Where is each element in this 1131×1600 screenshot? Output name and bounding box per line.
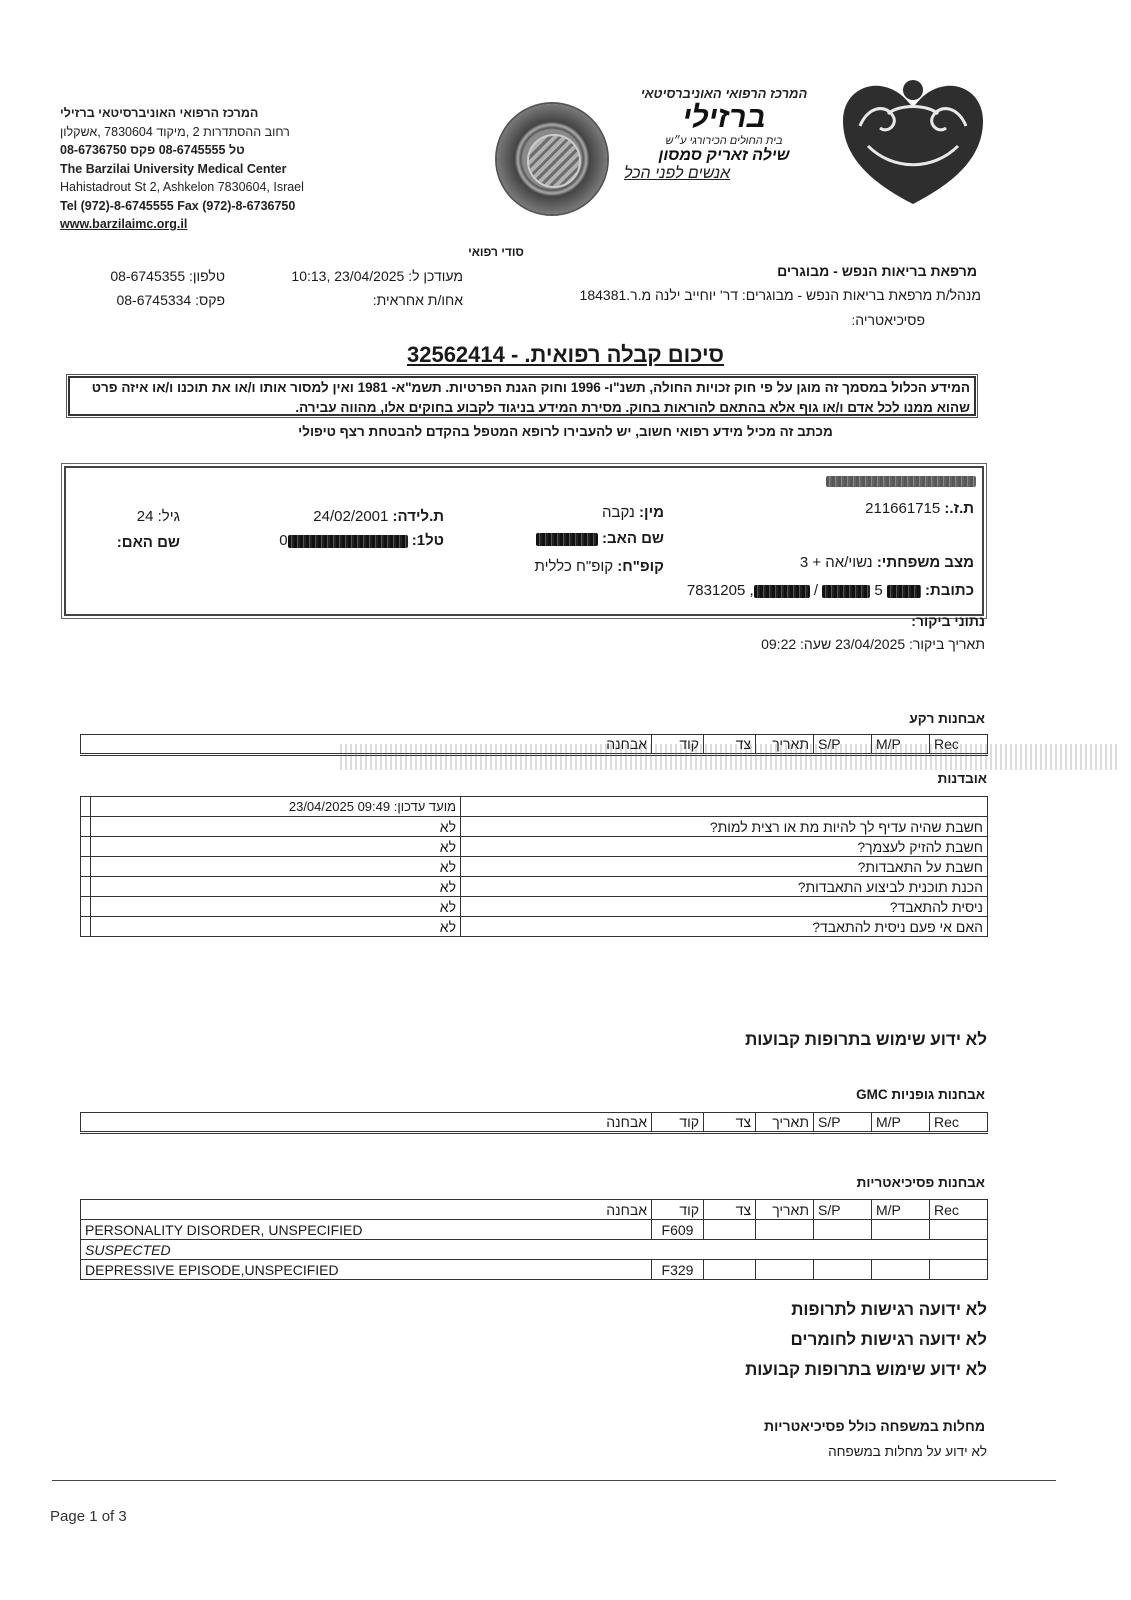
responsible-nurse-label: אחו/ת אחראית: [373, 292, 463, 308]
clinic-manager: מנהל/ת מרפאת בריאות הנפש - מבוגרים: דר' … [580, 287, 981, 303]
brand-line-1: המרכז הרפואי האוניברסיטאי [618, 86, 830, 101]
empty-cell [756, 1220, 814, 1240]
fax-value: 08-6745334 [116, 292, 191, 308]
patient-age: גיל: 24 [137, 508, 180, 525]
empty-cell [930, 1260, 988, 1280]
psych-diagnoses-table: אבחנהקודצדתאריךS/PM/PRec PERSONALITY DIS… [80, 1199, 988, 1280]
empty-cell [756, 1260, 814, 1280]
heart-people-logo-icon [838, 76, 988, 206]
table-row: לאהכנת תוכנית לביצוע התאבדות? [81, 877, 988, 897]
psych-diagnoses-title: אבחנות פסיכיאטריות [857, 1175, 985, 1190]
diagnosis-code: F329 [652, 1260, 704, 1280]
footer-divider [52, 1480, 1056, 1481]
empty-cell [81, 837, 91, 857]
background-diagnoses-title: אבחנות רקע [909, 711, 985, 726]
hospital-name-he: המרכז הרפואי האוניברסיטאי ברזילי [60, 104, 304, 123]
hospital-name-en: The Barzilai University Medical Center [60, 160, 304, 179]
table-header-row: אבחנהקודצדתאריךS/PM/PRec [81, 1200, 988, 1220]
family-history-title: מחלות במשפחה כולל פסיכיאטריות [764, 1418, 985, 1434]
redacted-text [536, 533, 598, 546]
family-history-value: לא ידוע על מחלות במשפחה [828, 1444, 987, 1459]
table-row: לאהאם אי פעם ניסית להתאבד? [81, 917, 988, 937]
department-name: מרפאת בריאות הנפש - מבוגרים [777, 263, 977, 279]
hospital-phone-he: טל 08-6745555 פקס 08-6736750 [60, 141, 304, 160]
patient-id: ת.ז.: 211661715 [865, 500, 974, 517]
empty-cell [704, 1260, 756, 1280]
university-seal-icon [497, 104, 607, 214]
suicide-answer: לא [91, 897, 461, 917]
column-header: תאריך [756, 1200, 814, 1220]
column-header: M/P [872, 1113, 930, 1133]
table-header-row: אבחנהקודצדתאריךS/PM/PRec [81, 1113, 988, 1133]
privacy-notice: המידע הכלול במסמך זה מוגן על פי חוק זכוי… [68, 376, 976, 416]
clinic-fax: פקס: 08-6745334 [116, 292, 225, 308]
diagnosis-qualifier: SUSPECTED [81, 1240, 988, 1260]
patient-phone: טל1: 0 [279, 532, 444, 549]
brand-line-4: שילה זאריק סמסון [618, 147, 830, 165]
table-row: DEPRESSIVE EPISODE,UNSPECIFIEDF329 [81, 1260, 988, 1280]
column-header: S/P [814, 1113, 872, 1133]
column-header: אבחנה [81, 1200, 652, 1220]
column-header: תאריך [756, 1113, 814, 1133]
transfer-notice: מכתב זה מכיל מידע רפואי חשוב, יש להעבירו… [0, 424, 1131, 439]
material-allergy-note: לא ידועה רגישות לחומרים [791, 1330, 987, 1350]
phone-label: טלפון: [189, 268, 225, 284]
page-number: Page 1 of 3 [50, 1508, 127, 1525]
visit-datetime: תאריך ביקור: 23/04/2025 שעה: 09:22 [761, 636, 985, 652]
patient-mother-name: שם האם: [117, 534, 180, 551]
clinic-phone: טלפון: 08-6745355 [110, 268, 225, 284]
empty-cell [81, 877, 91, 897]
patient-marital-status: מצב משפחתי: נשוי/אה + 3 [800, 554, 974, 571]
column-header: קוד [652, 1200, 704, 1220]
empty-cell [81, 817, 91, 837]
empty-cell [81, 897, 91, 917]
column-header: S/P [814, 1200, 872, 1220]
updated-value: 10:13, 23/04/2025 [291, 268, 404, 284]
column-header: Rec [930, 1113, 988, 1133]
diagnosis-name: DEPRESSIVE EPISODE,UNSPECIFIED [81, 1260, 652, 1280]
patient-name-redacted [826, 476, 976, 487]
updated-field: מעודכן ל: 10:13, 23/04/2025 [291, 268, 463, 284]
table-row: PERSONALITY DISORDER, UNSPECIFIEDF609 [81, 1220, 988, 1240]
empty-cell [81, 917, 91, 937]
hospital-website-link[interactable]: www.barzilaimc.org.il [60, 215, 304, 234]
empty-cell [704, 1220, 756, 1240]
suicide-answer: לא [91, 917, 461, 937]
hospital-phone-en: Tel (972)-8-6745555 Fax (972)-8-6736750 [60, 197, 304, 216]
diagnosis-name: PERSONALITY DISORDER, UNSPECIFIED [81, 1220, 652, 1240]
hospital-address-en: Hahistadrout St 2, Ashkelon 7830604, Isr… [60, 178, 304, 197]
empty-cell [814, 1220, 872, 1240]
column-header: קוד [652, 1113, 704, 1133]
column-header: צד [704, 1113, 756, 1133]
column-header: M/P [872, 1200, 930, 1220]
suicide-question: ניסית להתאבד? [461, 897, 988, 917]
patient-hmo: קופ"ח: קופ"ח כללית [535, 558, 664, 575]
hospital-address-he: רחוב ההסתדרות 2 ,מיקוד 7830604 ,אשקלון [60, 123, 304, 142]
empty-cell [930, 1220, 988, 1240]
patient-father-name: שם האב: [536, 530, 664, 547]
suicide-answer: לא [91, 857, 461, 877]
gmc-diagnoses-title: אבחנות גופניות GMC [856, 1087, 985, 1102]
table-row: SUSPECTED [81, 1240, 988, 1260]
column-header: אבחנה [81, 1113, 652, 1133]
column-header: Rec [930, 1200, 988, 1220]
table-row: לאחשבת על התאבדות? [81, 857, 988, 877]
brand-slogan: אנשים לפני הכל [618, 165, 830, 183]
patient-details-box: ת.ז.: 211661715 מין: נקבה ת.לידה: 24/02/… [64, 466, 984, 616]
suicide-section-title: אובדנות [938, 771, 987, 786]
suicide-answer: לא [91, 817, 461, 837]
suicide-question: חשבת להזיק לעצמך? [461, 837, 988, 857]
suicide-question: האם אי פעם ניסית להתאבד? [461, 917, 988, 937]
table-row: לאחשבת להזיק לעצמך? [81, 837, 988, 857]
phone-value: 08-6745355 [110, 268, 185, 284]
suicide-updated-cell: מועד עדכון: 09:49 23/04/2025 [91, 797, 461, 817]
suicide-answer: לא [91, 877, 461, 897]
suicide-answer: לא [91, 837, 461, 857]
scan-smudge [340, 744, 1120, 770]
suicide-question: חשבת על התאבדות? [461, 857, 988, 877]
drug-allergy-note: לא ידועה רגישות לתרופות [791, 1300, 987, 1320]
hospital-brand: המרכז הרפואי האוניברסיטאי ברזילי בית החו… [618, 86, 830, 183]
fax-label: פקס: [195, 292, 225, 308]
updated-label: מעודכן ל: [408, 268, 463, 284]
patient-dob: ת.לידה: 24/02/2001 [313, 508, 444, 525]
chronic-meds-note: לא ידוע שימוש בתרופות קבועות [745, 1360, 987, 1380]
no-chronic-meds-note: לא ידוע שימוש בתרופות קבועות [745, 1030, 987, 1050]
empty-cell [81, 857, 91, 877]
empty-cell [872, 1220, 930, 1240]
suicide-question: חשבת שהיה עדיף לך להיות מת או רצית למות? [461, 817, 988, 837]
suicide-updated-row: מועד עדכון: 09:49 23/04/2025 [81, 797, 988, 817]
brand-name: ברזילי [618, 101, 830, 135]
document-title: סיכום קבלה רפואית. - 32562414 [0, 342, 1131, 368]
patient-gender: מין: נקבה [602, 504, 664, 521]
visit-section-label: נתוני ביקור: [911, 613, 985, 629]
diagnosis-code: F609 [652, 1220, 704, 1240]
column-header: צד [704, 1200, 756, 1220]
redacted-text [288, 535, 408, 548]
suicide-question: הכנת תוכנית לביצוע התאבדות? [461, 877, 988, 897]
brand-line-3: בית החולים הכירורגי ע״ש [618, 135, 830, 147]
empty-cell [814, 1260, 872, 1280]
table-row: לאניסית להתאבד? [81, 897, 988, 917]
suicide-risk-table: מועד עדכון: 09:49 23/04/2025 לאחשבת שהיה… [80, 796, 988, 937]
psychiatry-label: פסיכיאטריה: [851, 312, 925, 328]
confidential-label: סודי רפואי [440, 245, 552, 259]
table-row: לאחשבת שהיה עדיף לך להיות מת או רצית למו… [81, 817, 988, 837]
empty-cell [872, 1260, 930, 1280]
gmc-diagnoses-table: אבחנהקודצדתאריךS/PM/PRec [80, 1112, 988, 1134]
hospital-info: המרכז הרפואי האוניברסיטאי ברזילי רחוב הה… [60, 104, 304, 234]
patient-address: כתובת: 5 / , 7831205 [687, 582, 974, 599]
